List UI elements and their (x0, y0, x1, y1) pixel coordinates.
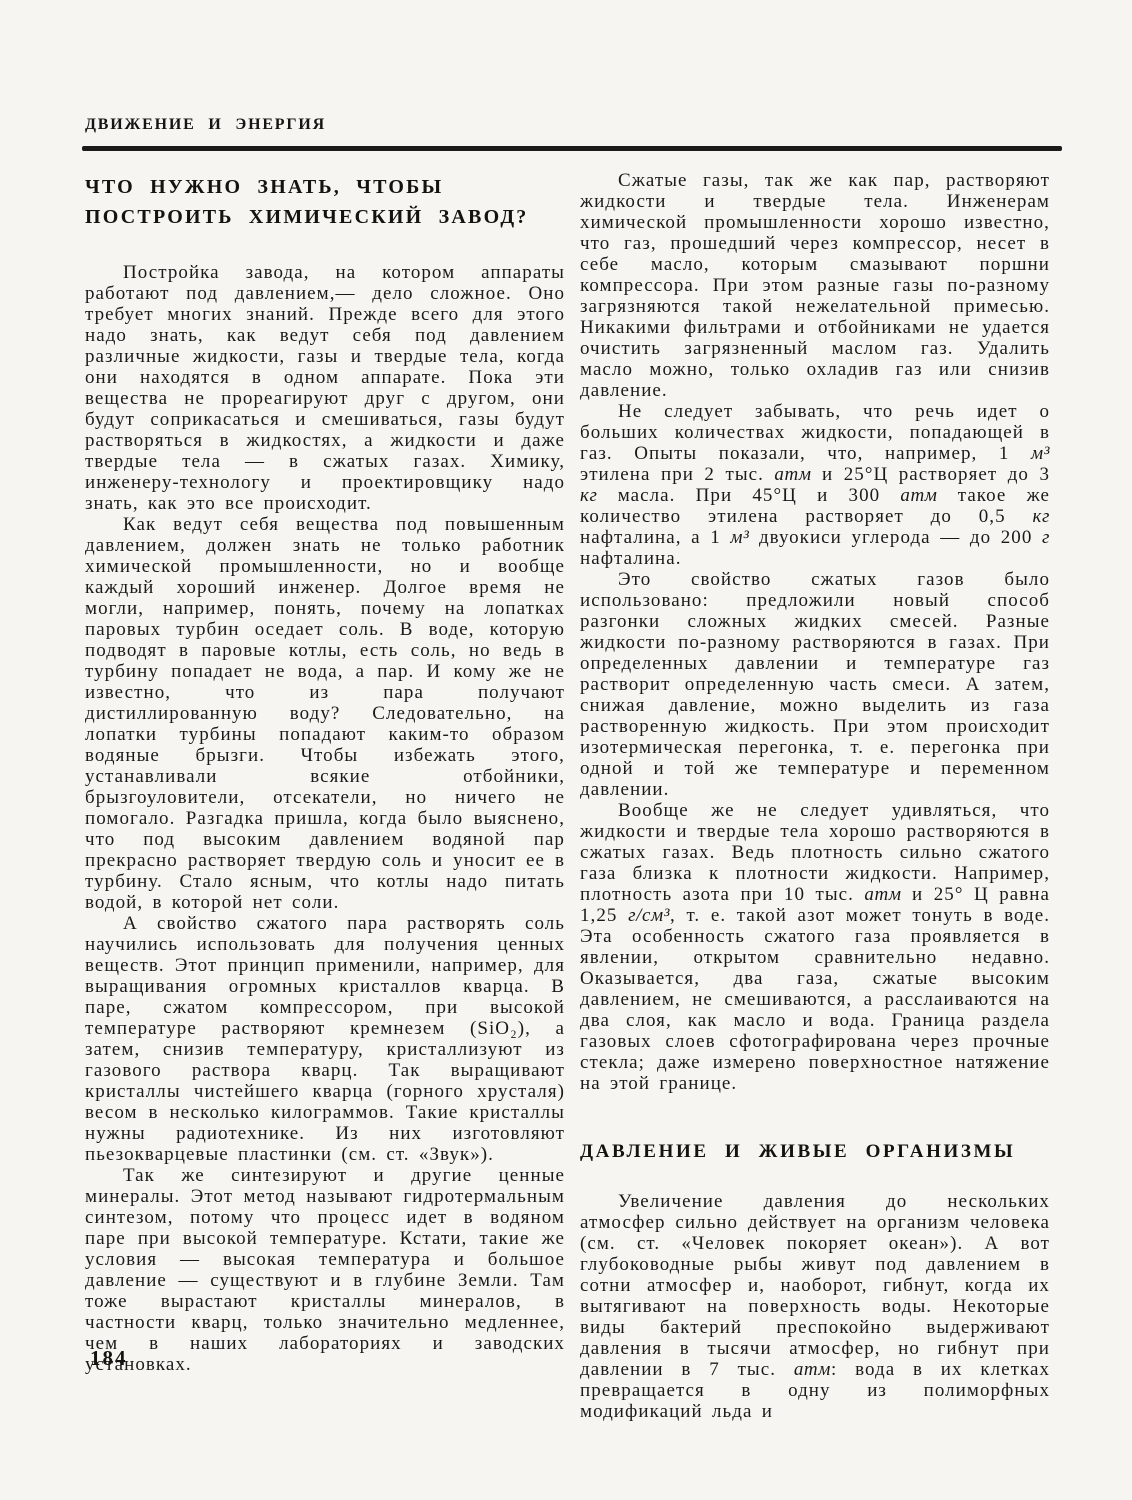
page-number: 184 (90, 1346, 128, 1371)
columns: ЧТО НУЖНО ЗНАТЬ, ЧТОБЫ ПОСТРОИТЬ ХИМИЧЕС… (85, 170, 1050, 1422)
paragraph: Так же синтезируют и другие ценные минер… (85, 1165, 565, 1375)
right-column: Сжатые газы, так же как пар, растворяют … (580, 170, 1050, 1422)
paragraph: Как ведут себя вещества под повышенным д… (85, 514, 565, 913)
running-header: ДВИЖЕНИЕ И ЭНЕРГИЯ (85, 116, 326, 134)
article-title-line2: ПОСТРОИТЬ ХИМИЧЕСКИЙ ЗАВОД? (85, 202, 565, 232)
paragraph: Сжатые газы, так же как пар, растворяют … (580, 170, 1050, 401)
article-title-line1: ЧТО НУЖНО ЗНАТЬ, ЧТОБЫ (85, 172, 565, 202)
section-heading: ДАВЛЕНИЕ И ЖИВЫЕ ОРГАНИЗМЫ (580, 1140, 1050, 1163)
paragraph: Вообще же не следует удивляться, что жид… (580, 800, 1050, 1094)
paragraph: А свойство сжатого пара растворять соль … (85, 913, 565, 1165)
right-column-text: Сжатые газы, так же как пар, растворяют … (580, 170, 1050, 1422)
header-rule (82, 146, 1062, 151)
paragraph: Увеличение давления до нескольких атмосф… (580, 1191, 1050, 1422)
article-title: ЧТО НУЖНО ЗНАТЬ, ЧТОБЫ ПОСТРОИТЬ ХИМИЧЕС… (85, 172, 565, 232)
paragraph: Не следует забывать, что речь идет о бол… (580, 401, 1050, 569)
book-page: ДВИЖЕНИЕ И ЭНЕРГИЯ ЧТО НУЖНО ЗНАТЬ, ЧТОБ… (0, 0, 1132, 1500)
paragraph: Постройка завода, на котором аппараты ра… (85, 262, 565, 514)
left-column: ЧТО НУЖНО ЗНАТЬ, ЧТОБЫ ПОСТРОИТЬ ХИМИЧЕС… (85, 170, 565, 1375)
left-column-text: Постройка завода, на котором аппараты ра… (85, 262, 565, 1375)
paragraph: Это свойство сжатых газов было использов… (580, 569, 1050, 800)
